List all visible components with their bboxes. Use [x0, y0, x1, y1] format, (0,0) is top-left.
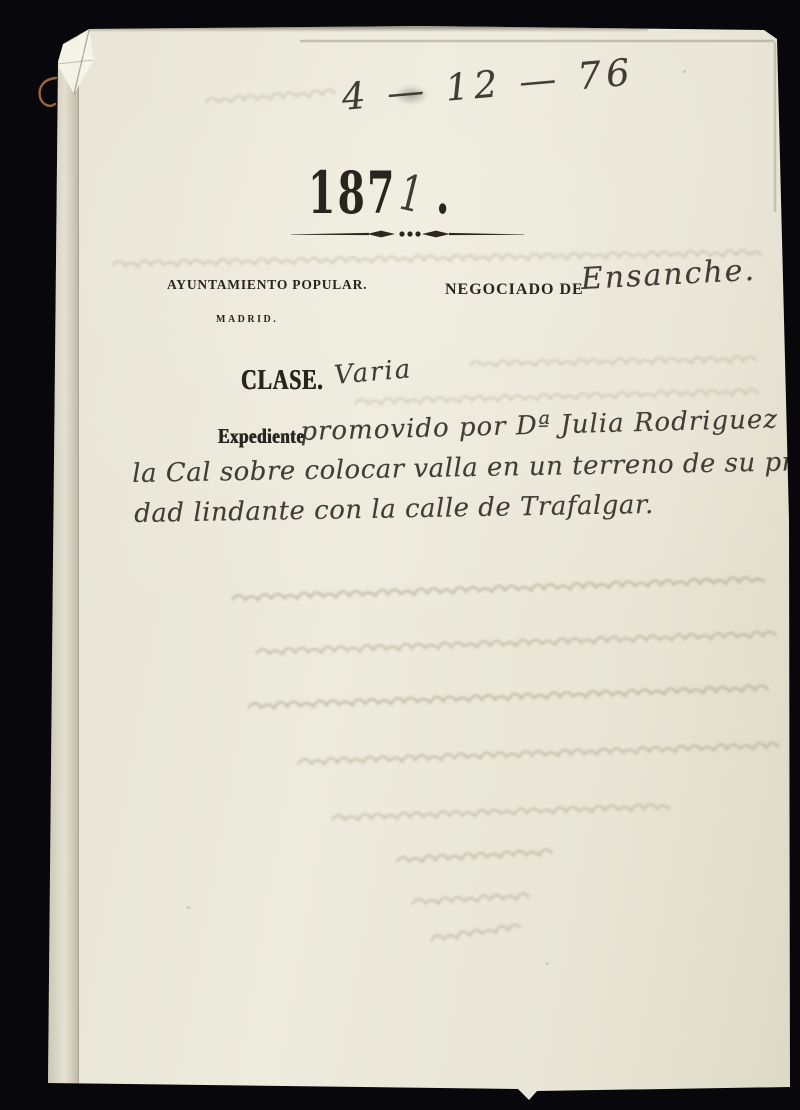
- expediente-handwritten-line-2: la Cal sobre colocar valla en un terreno…: [132, 446, 800, 489]
- binding-fold-strip: [47, 26, 79, 1084]
- year-heading: 1871.: [308, 164, 519, 222]
- top-edge-dirt: [88, 26, 648, 32]
- clase-handwritten-value: Varia: [333, 354, 413, 391]
- paper-speck: [683, 70, 686, 73]
- issuer-name: AYUNTAMIENTO POPULAR.: [167, 277, 367, 293]
- binding-wire: [36, 74, 62, 114]
- expediente-handwritten-line-3: dad lindante con la calle de Trafalgar.: [134, 490, 654, 529]
- paper-speck: [186, 906, 191, 909]
- year-printed-digits: 187: [308, 159, 396, 227]
- archive-reference-number: 4 — 12 — 76: [340, 50, 636, 118]
- issuer-city: MADRID.: [216, 314, 278, 325]
- expediente-handwritten-line-1: promovido por Dª Julia Rodriguez de: [300, 403, 800, 447]
- negociado-handwritten-value: Ensanche.: [580, 253, 757, 297]
- expediente-label: Expediente: [218, 424, 304, 449]
- under-sheet-edge-top: [300, 40, 774, 42]
- paper-sheet: 4 — 12 — 76 1871. AYUNTAMIENTO POPULAR. …: [0, 0, 800, 1110]
- year-ornament-rule: [289, 227, 526, 241]
- year-period: .: [436, 159, 452, 227]
- under-sheet-edge-right: [774, 42, 776, 212]
- clase-label: CLASE.: [241, 364, 323, 397]
- negociado-label: NEGOCIADO DE: [445, 281, 584, 299]
- year-handwritten-digit: 1: [398, 167, 427, 222]
- paper-speck: [545, 962, 549, 965]
- scanned-document: 4 — 12 — 76 1871. AYUNTAMIENTO POPULAR. …: [0, 0, 800, 1110]
